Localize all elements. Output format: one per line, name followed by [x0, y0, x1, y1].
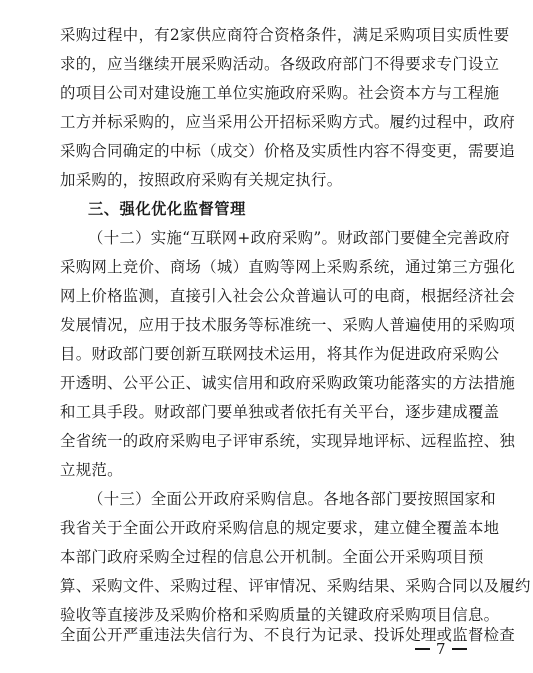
paragraph-line: 采购过程中，有2家供应商符合资格条件，满足采购项目实质性要 — [60, 24, 464, 46]
page-number-value: 7 — [436, 638, 446, 660]
paragraph-line: 工方并标采购的，应当采用公开招标采购方式。履约过程中，政府 — [60, 111, 464, 133]
paragraph-line: 验收等直接涉及采购价格和采购质量的关键政府采购项目信息。 — [60, 604, 464, 626]
paragraph-line: 的项目公司对建设施工单位实施政府采购。社会资本方与工程施 — [60, 82, 464, 104]
paragraph-line: 目。财政部门要创新互联网技术运用，将其作为促进政府采购公 — [60, 343, 464, 365]
paragraph-line: 我省关于全面公开政府采购信息的规定要求，建立健全覆盖本地 — [60, 517, 464, 539]
paragraph-line: 和工具手段。财政部门要单独或者依托有关平台，逐步建成覆盖 — [60, 401, 464, 423]
paragraph-line: 发展情况，应用于技术服务等标准统一、采购人普遍使用的采购项 — [60, 314, 464, 336]
paragraph-line: （十二）实施“互联网+政府采购”。财政部门要健全完善政府 — [88, 227, 464, 249]
paragraph-line: 网上价格监测，直接引入社会公众普遍认可的电商，根据经济社会 — [60, 285, 464, 307]
paragraph-line: 立规范。 — [60, 459, 464, 481]
paragraph-line: 采购网上竞价、商场（城）直购等网上采购系统，通过第三方强化 — [60, 256, 464, 278]
paragraph-line: 算、采购文件、采购过程、评审情况、采购结果、采购合同以及履约 — [60, 575, 464, 597]
paragraph-line: 加采购的，按照政府采购有关规定执行。 — [60, 169, 464, 191]
paragraph-line: 开透明、公平公正、诚实信用和政府采购政策功能落实的方法措施 — [60, 372, 464, 394]
paragraph-line: 本部门政府采购全过程的信息公开机制。全面公开采购项目预 — [60, 546, 464, 568]
dash-decoration-left — [415, 648, 430, 650]
paragraph-line: 采购合同确定的中标（成交）价格及实质性内容不得变更，需要追 — [60, 140, 464, 162]
document-page: 采购过程中，有2家供应商符合资格条件，满足采购项目实质性要 求的，应当继续开展采… — [0, 0, 533, 673]
section-heading: 三、强化优化监督管理 — [88, 198, 464, 220]
paragraph-line: 全省统一的政府采购电子评审系统，实现异地评标、远程监控、独 — [60, 430, 464, 452]
paragraph-line: 全面公开严重违法失信行为、不良行为记录、投诉处理或监督检查 — [60, 624, 464, 646]
page-number: 7 — [415, 638, 467, 660]
paragraph-line: 求的，应当继续开展采购活动。各级政府部门不得要求专门设立 — [60, 53, 464, 75]
dash-decoration-right — [452, 648, 467, 650]
paragraph-line: （十三）全面公开政府采购信息。各地各部门要按照国家和 — [88, 488, 464, 510]
